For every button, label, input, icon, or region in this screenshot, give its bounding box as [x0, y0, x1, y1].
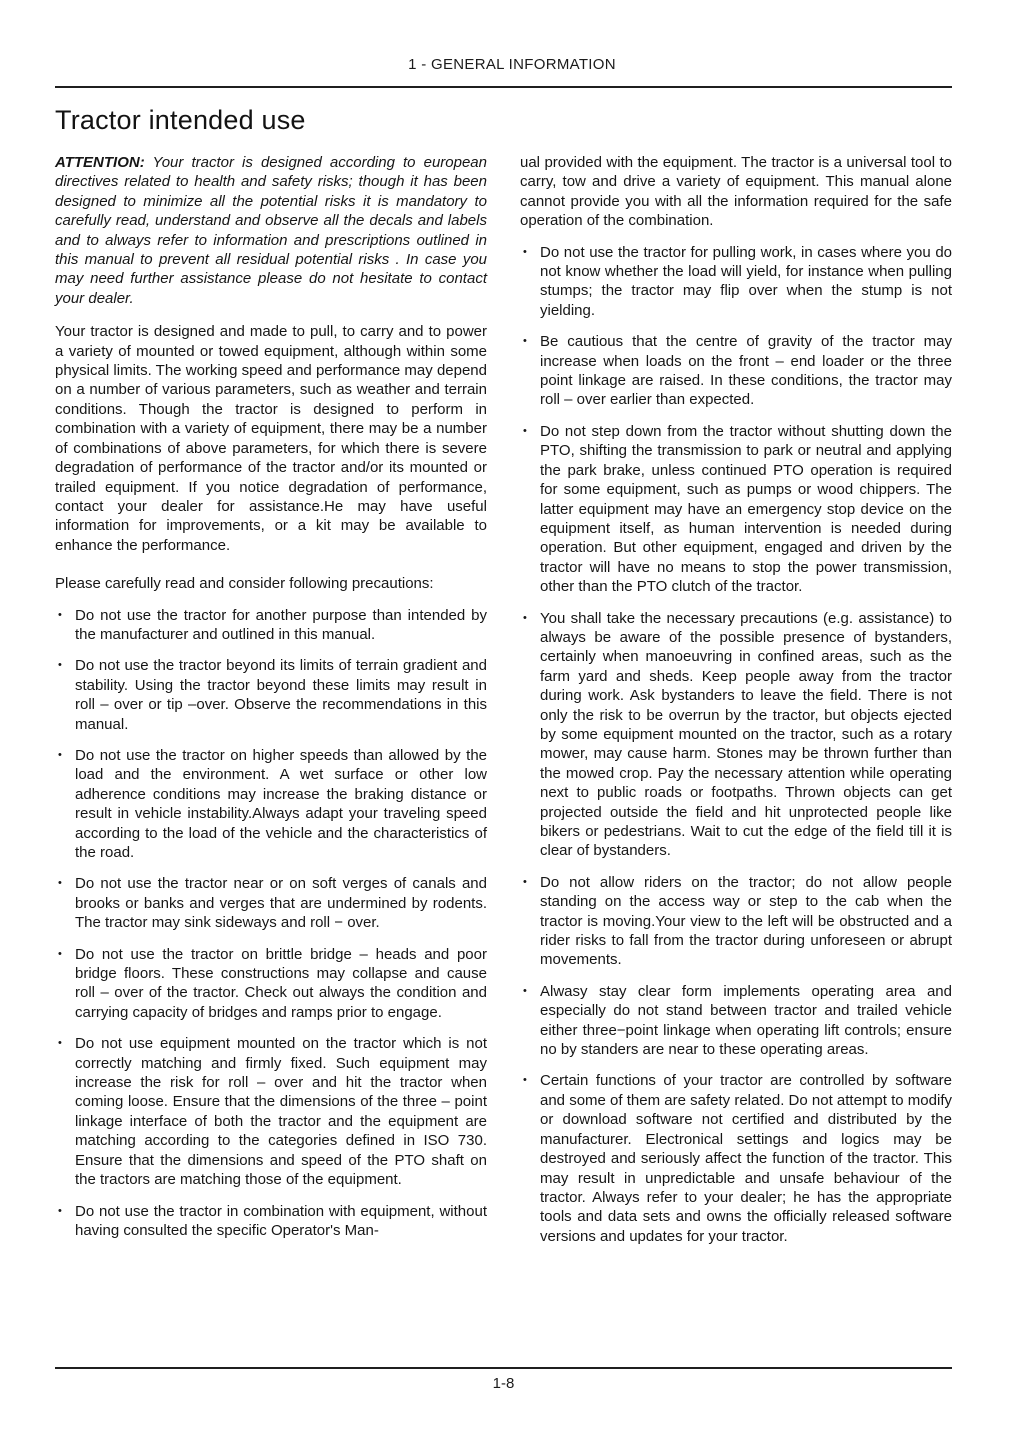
- list-item: • You shall take the necessary precautio…: [520, 609, 952, 861]
- attention-paragraph: ATTENTION: Your tractor is designed acco…: [55, 153, 487, 308]
- bullet-text: Do not allow riders on the tractor; do n…: [540, 873, 952, 970]
- continuation-paragraph: ual provided with the equipment. The tra…: [520, 153, 952, 231]
- list-item: • Do not use the tractor for pulling wor…: [520, 243, 952, 321]
- intro-paragraph: Your tractor is designed and made to pul…: [55, 322, 487, 555]
- precautions-intro: Please carefully read and consider follo…: [55, 574, 487, 593]
- footer-rule: [55, 1367, 952, 1369]
- bullet-text: Alwasy stay clear form implements operat…: [540, 982, 952, 1060]
- bullet-text: Certain functions of your tractor are co…: [540, 1071, 952, 1246]
- attention-text: Your tractor is designed according to eu…: [55, 154, 487, 307]
- bullet-icon: •: [55, 945, 75, 1023]
- bullet-icon: •: [55, 874, 75, 932]
- bullet-icon: •: [520, 982, 540, 1060]
- bullet-text: You shall take the necessary precautions…: [540, 609, 952, 861]
- list-item: • Do not use the tractor in combination …: [55, 1202, 487, 1241]
- left-column: ATTENTION: Your tractor is designed acco…: [55, 153, 487, 1246]
- bullet-text: Do not use the tractor on higher speeds …: [75, 746, 487, 862]
- list-item: • Do not use the tractor beyond its limi…: [55, 656, 487, 734]
- list-item: • Do not use the tractor on higher speed…: [55, 746, 487, 862]
- bullet-text: Do not use equipment mounted on the trac…: [75, 1034, 487, 1189]
- bullet-text: Do not use the tractor for another purpo…: [75, 606, 487, 645]
- list-item: • Alwasy stay clear form implements oper…: [520, 982, 952, 1060]
- bullet-text: Do not use the tractor on brittle bridge…: [75, 945, 487, 1023]
- header-chapter-title: 1 - GENERAL INFORMATION: [0, 0, 1024, 73]
- bullet-text: Do not use the tractor beyond its limits…: [75, 656, 487, 734]
- list-item: • Do not allow riders on the tractor; do…: [520, 873, 952, 970]
- bullet-text: Do not step down from the tractor withou…: [540, 422, 952, 597]
- list-item: • Do not use equipment mounted on the tr…: [55, 1034, 487, 1189]
- bullet-icon: •: [55, 746, 75, 862]
- list-item: • Do not use the tractor near or on soft…: [55, 874, 487, 932]
- bullet-icon: •: [520, 1071, 540, 1246]
- list-item: • Do not use the tractor on brittle brid…: [55, 945, 487, 1023]
- bullet-icon: •: [55, 606, 75, 645]
- bullet-icon: •: [520, 332, 540, 410]
- two-column-body: ATTENTION: Your tractor is designed acco…: [55, 153, 952, 1246]
- bullet-text: Do not use the tractor near or on soft v…: [75, 874, 487, 932]
- list-item: • Be cautious that the centre of gravity…: [520, 332, 952, 410]
- bullet-icon: •: [55, 1034, 75, 1189]
- right-column: ual provided with the equipment. The tra…: [520, 153, 952, 1246]
- bullet-text: Be cautious that the centre of gravity o…: [540, 332, 952, 410]
- bullet-icon: •: [520, 609, 540, 861]
- bullet-icon: •: [520, 422, 540, 597]
- list-item: • Do not use the tractor for another pur…: [55, 606, 487, 645]
- list-item: • Do not step down from the tractor with…: [520, 422, 952, 597]
- header-rule: [55, 86, 952, 88]
- bullet-icon: •: [55, 656, 75, 734]
- bullet-text: Do not use the tractor in combination wi…: [75, 1202, 487, 1241]
- list-item: • Certain functions of your tractor are …: [520, 1071, 952, 1246]
- page-number: 1-8: [55, 1375, 952, 1392]
- bullet-text: Do not use the tractor for pulling work,…: [540, 243, 952, 321]
- manual-page: 1 - GENERAL INFORMATION Tractor intended…: [0, 0, 1024, 1448]
- bullet-icon: •: [520, 243, 540, 321]
- bullet-icon: •: [55, 1202, 75, 1241]
- bullet-icon: •: [520, 873, 540, 970]
- attention-label: ATTENTION:: [55, 154, 145, 171]
- page-title: Tractor intended use: [55, 105, 952, 136]
